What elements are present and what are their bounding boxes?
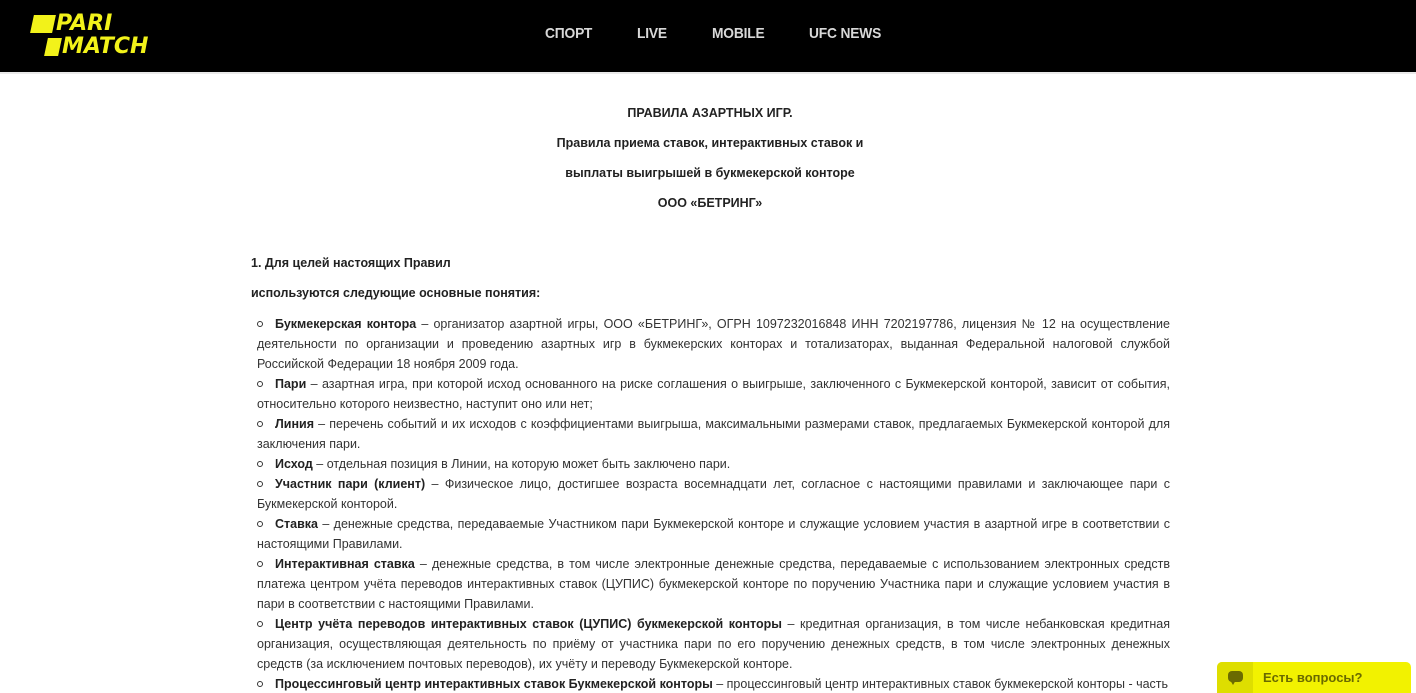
list-item: Центр учёта переводов интерактивных став… <box>250 614 1170 674</box>
list-item: Линия – перечень событий и их исходов с … <box>250 414 1170 454</box>
list-item: Участник пари (клиент) – Физическое лицо… <box>250 474 1170 514</box>
list-item: Пари – азартная игра, при которой исход … <box>250 374 1170 414</box>
list-item: Процессинговый центр интерактивных ставо… <box>250 674 1170 693</box>
definition-term: Центр учёта переводов интерактивных став… <box>275 617 782 631</box>
nav-item-mobile[interactable]: MOBILE <box>712 25 765 42</box>
definition-term: Ставка <box>275 517 318 531</box>
bullet-icon <box>257 521 263 527</box>
bullet-icon <box>257 681 263 687</box>
main-nav: СПОРТ LIVE MOBILE UFC NEWS <box>0 0 1416 72</box>
bullet-icon <box>257 461 263 467</box>
bullet-icon <box>257 561 263 567</box>
nav-item-live[interactable]: LIVE <box>637 25 667 42</box>
definition-term: Процессинговый центр интерактивных ставо… <box>275 677 713 691</box>
definition-text: – денежные средства, передаваемые Участн… <box>257 517 1170 551</box>
section-intro: используются следующие основные понятия: <box>251 286 540 300</box>
list-item: Ставка – денежные средства, передаваемые… <box>250 514 1170 554</box>
nav-item-sport[interactable]: СПОРТ <box>545 25 592 42</box>
list-item: Интерактивная ставка – денежные средства… <box>250 554 1170 614</box>
site-header: PARI MATCH СПОРТ LIVE MOBILE UFC NEWS <box>0 0 1416 74</box>
list-item: Букмекерская контора – организатор азарт… <box>250 314 1170 374</box>
definition-term: Пари <box>275 377 306 391</box>
definition-term: Исход <box>275 457 313 471</box>
chat-label: Есть вопросы? <box>1263 670 1362 685</box>
definition-text: – азартная игра, при которой исход основ… <box>257 377 1170 411</box>
document-title: ПРАВИЛА АЗАРТНЫХ ИГР. <box>250 106 1170 120</box>
definition-text: – перечень событий и их исходов с коэффи… <box>257 417 1170 451</box>
section-heading: 1. Для целей настоящих Правил <box>251 256 451 270</box>
definition-text: – отдельная позиция в Линии, на которую … <box>313 457 730 471</box>
definitions-list: Букмекерская контора – организатор азарт… <box>250 314 1170 693</box>
bullet-icon <box>257 481 263 487</box>
chat-bubble-tail-icon <box>1230 680 1236 685</box>
document-subtitle-line2: выплаты выигрышей в букмекерской конторе <box>250 166 1170 180</box>
definition-term: Участник пари (клиент) <box>275 477 425 491</box>
bullet-icon <box>257 621 263 627</box>
definition-term: Линия <box>275 417 314 431</box>
bullet-icon <box>257 381 263 387</box>
bullet-icon <box>257 421 263 427</box>
document-subtitle-line1: Правила приема ставок, интерактивных ста… <box>250 136 1170 150</box>
list-item: Исход – отдельная позиция в Линии, на ко… <box>250 454 1170 474</box>
chat-icon-box <box>1217 662 1253 693</box>
support-chat-button[interactable]: Есть вопросы? <box>1217 662 1411 693</box>
definition-text: – процессинговый центр интерактивных ста… <box>713 677 1168 691</box>
definition-term: Букмекерская контора <box>275 317 416 331</box>
nav-item-ufc-news[interactable]: UFC NEWS <box>809 25 881 42</box>
definition-term: Интерактивная ставка <box>275 557 415 571</box>
bullet-icon <box>257 321 263 327</box>
document-company: ООО «БЕТРИНГ» <box>250 196 1170 210</box>
